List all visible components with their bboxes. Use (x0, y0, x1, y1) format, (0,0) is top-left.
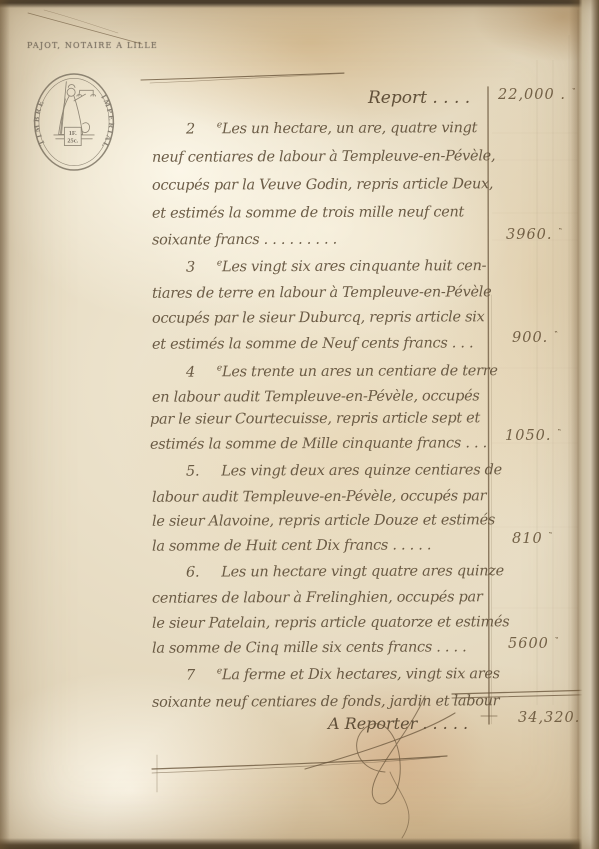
ledger-grid-lines (492, 10, 578, 840)
page-edge-right (569, 0, 599, 849)
ink-rules-overlay (0, 0, 599, 849)
closing-line-top (141, 73, 344, 83)
scan-edge-top (0, 0, 599, 8)
signature-flourish (305, 696, 455, 838)
scan-edge-left (0, 0, 10, 849)
closing-line-bottom (152, 755, 447, 792)
scanned-notarial-document-page: PAJOT, NOTAIRE A LILLE TIMBRE IMPERIAL (0, 0, 599, 849)
scan-edge-bottom (0, 838, 599, 849)
amount-column-rule (481, 87, 497, 724)
pen-scratches (28, 10, 142, 44)
